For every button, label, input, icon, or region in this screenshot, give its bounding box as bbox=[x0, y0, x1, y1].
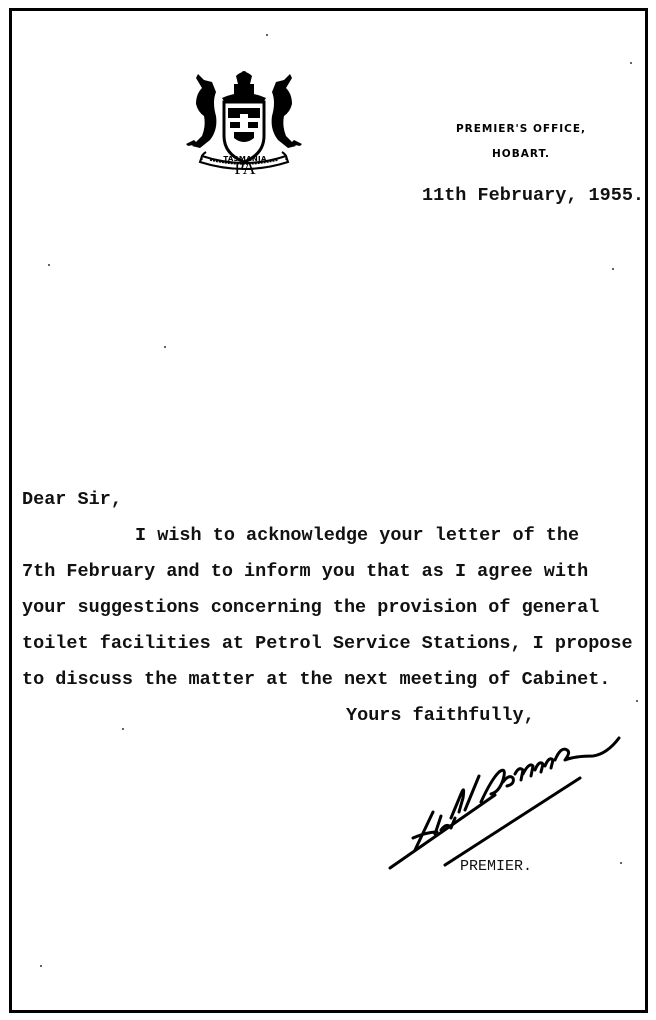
paper-speck bbox=[612, 268, 614, 270]
body-line-4: toilet facilities at Petrol Service Stat… bbox=[22, 634, 633, 654]
monogram: PA bbox=[228, 159, 262, 177]
city-heading: HOBART. bbox=[436, 148, 606, 160]
signatory-title: PREMIER. bbox=[460, 858, 532, 875]
paper-speck bbox=[620, 862, 622, 864]
body-line-1: I wish to acknowledge your letter of the bbox=[135, 526, 579, 546]
paper-speck bbox=[122, 728, 124, 730]
office-heading: PREMIER'S OFFICE, bbox=[436, 123, 606, 135]
signature-icon bbox=[385, 700, 635, 880]
body-line-5: to discuss the matter at the next meetin… bbox=[22, 670, 610, 690]
body-line-3: your suggestions concerning the provisio… bbox=[22, 598, 599, 618]
paper-speck bbox=[630, 62, 632, 64]
paper-speck bbox=[164, 346, 166, 348]
paper-speck bbox=[636, 700, 638, 702]
paper-speck bbox=[48, 264, 50, 266]
paper-speck bbox=[40, 965, 42, 967]
salutation: Dear Sir, bbox=[22, 490, 122, 510]
letter-date: 11th February, 1955. bbox=[422, 186, 644, 206]
paper-speck bbox=[266, 34, 268, 36]
body-line-2: 7th February and to inform you that as I… bbox=[22, 562, 588, 582]
